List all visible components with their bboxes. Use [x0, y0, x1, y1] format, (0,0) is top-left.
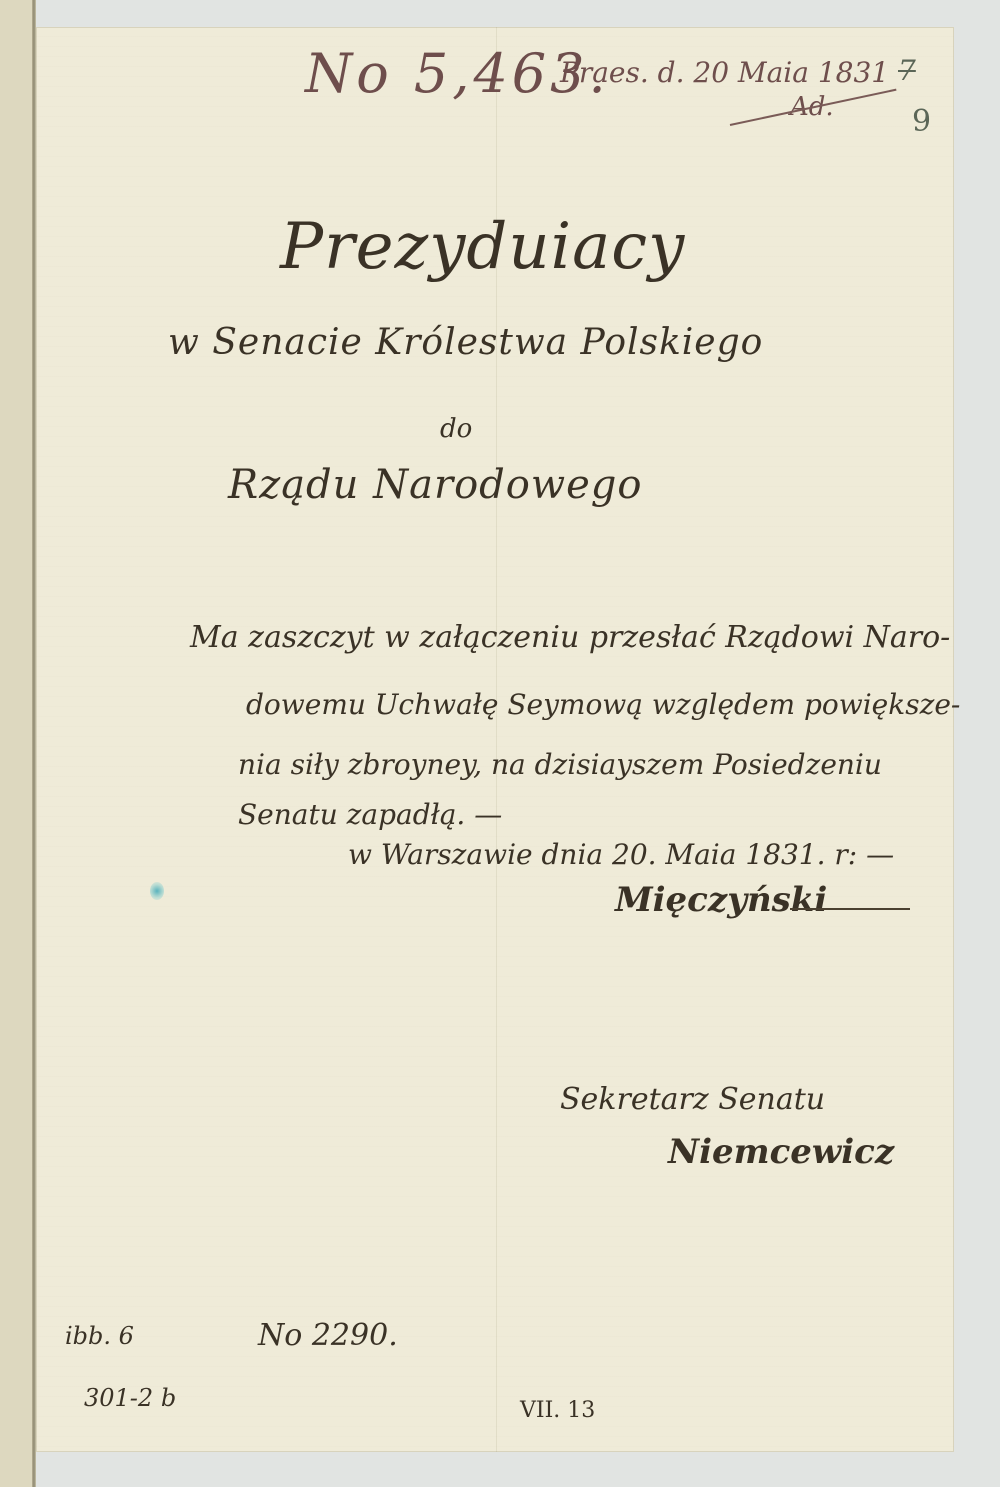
addressee: Rządu Narodowego: [228, 462, 642, 508]
body-line: dowemu Uchwałę Seymową względem powiększ…: [246, 688, 960, 721]
ink-stain: [150, 882, 164, 900]
body-line: nia siły zbroyney, na dzisiayszem Posied…: [238, 748, 882, 781]
signature-flourish: [790, 908, 910, 910]
archive-reference: VII. 13: [520, 1398, 595, 1423]
body-line: Senatu zapadłą. —: [238, 798, 502, 831]
letter-title: Prezyduiacy: [280, 210, 685, 284]
margin-note: 301-2 b: [84, 1384, 176, 1412]
preposition-do: do: [440, 414, 472, 444]
outgoing-number: No 2290.: [258, 1318, 398, 1353]
margin-note: ibb. 6: [65, 1322, 134, 1350]
place-and-date: w Warszawie dnia 20. Maia 1831. r: —: [348, 838, 894, 871]
sender-institution: w Senacie Królestwa Polskiego: [168, 322, 763, 363]
received-date-note: Praes. d. 20 Maia 1831: [560, 56, 889, 89]
president-signature: Mięczyński: [615, 880, 827, 920]
secretary-signature: Niemcewicz: [668, 1132, 894, 1172]
folio-number: 9: [912, 104, 931, 139]
adjacent-page-edge: [0, 0, 34, 1487]
secretary-title: Sekretarz Senatu: [560, 1082, 825, 1117]
body-line: Ma zaszczyt w załączeniu przesłać Rządow…: [190, 620, 950, 655]
folio-number-struck: 7: [898, 54, 916, 87]
